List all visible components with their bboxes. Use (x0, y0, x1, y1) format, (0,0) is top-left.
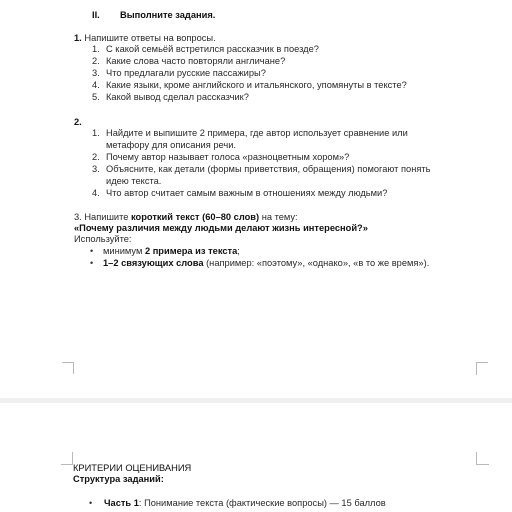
task2-item: Найдите и выпишите 2 примера, где автор … (106, 128, 408, 139)
margin-corner-bottom-left (62, 362, 74, 374)
margin-corner-bottom-right (476, 362, 488, 375)
task3-bullet: минимум 2 примера из текста; (103, 246, 240, 257)
bullet-icon: • (90, 246, 93, 256)
task2-item-num: 1. (92, 128, 100, 139)
bullet-suffix: (например: «поэтому», «однако», «в то же… (204, 258, 430, 268)
task2-number: 2. (74, 117, 82, 128)
bullet-suffix: ; (237, 246, 240, 256)
task3-prefix: 3. Напишите (74, 212, 131, 222)
task1-item-num: 2. (92, 56, 100, 67)
margin-corner-top-left-h (61, 464, 73, 465)
task1-item: Какие языки, кроме английского и итальян… (106, 80, 407, 91)
criteria-subtitle: Структура заданий: (73, 474, 164, 485)
task2-item-num: 4. (92, 188, 100, 199)
task1-item-num: 1. (92, 44, 100, 55)
task2-item: Объясните, как детали (формы приветствия… (106, 164, 431, 175)
margin-corner-top-right (476, 452, 489, 465)
document-page-2: КРИТЕРИИ ОЦЕНИВАНИЯ Структура заданий: •… (0, 403, 512, 512)
task2-item: Почему автор называет голоса «разноцветн… (106, 152, 349, 163)
margin-corner-bottom-left-h (62, 362, 73, 363)
criteria-item-text: : Понимание текста (фактические вопросы)… (139, 498, 386, 508)
task1-item: Какой вывод сделал рассказчик? (106, 92, 249, 103)
task1-item-num: 5. (92, 92, 100, 103)
task3-topic: «Почему различия между людьми делают жиз… (74, 223, 368, 234)
bullet-bold: 1–2 связующих слова (103, 258, 204, 268)
task2-item-num: 3. (92, 164, 100, 175)
task2-item: Что автор считает самым важным в отношен… (106, 188, 387, 199)
section-title: Выполните задания. (120, 10, 215, 21)
task3-suffix: на тему: (259, 212, 298, 222)
task2-item-cont: метафору для описания речи. (106, 140, 236, 151)
task1-number: 1. (74, 33, 82, 43)
task1-intro: Напишите ответы на вопросы. (84, 33, 215, 43)
criteria-item: Часть 1: Понимание текста (фактические в… (104, 498, 386, 509)
bullet-prefix: минимум (103, 246, 145, 256)
task1-item: С какой семьёй встретился рассказчик в п… (106, 44, 319, 55)
task3-use-label: Используйте: (74, 234, 132, 245)
task3-bullet: 1–2 связующих слова (например: «поэтому»… (103, 258, 429, 269)
task3-bold: короткий текст (60–80 слов) (131, 212, 259, 222)
task1-item: Что предлагали русские пассажиры? (106, 68, 266, 79)
task3-heading: 3. Напишите короткий текст (60–80 слов) … (74, 212, 298, 223)
bullet-icon: • (90, 258, 93, 268)
task2-item-num: 2. (92, 152, 100, 163)
criteria-title: КРИТЕРИИ ОЦЕНИВАНИЯ (73, 463, 191, 474)
document-page-1: II. Выполните задания. 1. Напишите ответ… (0, 0, 512, 398)
task1-heading: 1. Напишите ответы на вопросы. (74, 33, 216, 44)
task2-item-cont: идею текста. (106, 176, 161, 187)
criteria-item-bold: Часть 1 (104, 498, 139, 508)
section-numeral: II. (92, 10, 100, 21)
task1-item: Какие слова часто повторяли англичане? (106, 56, 285, 67)
task1-item-num: 4. (92, 80, 100, 91)
bullet-icon: • (89, 498, 92, 508)
task1-item-num: 3. (92, 68, 100, 79)
bullet-bold: 2 примера из текста (145, 246, 237, 256)
